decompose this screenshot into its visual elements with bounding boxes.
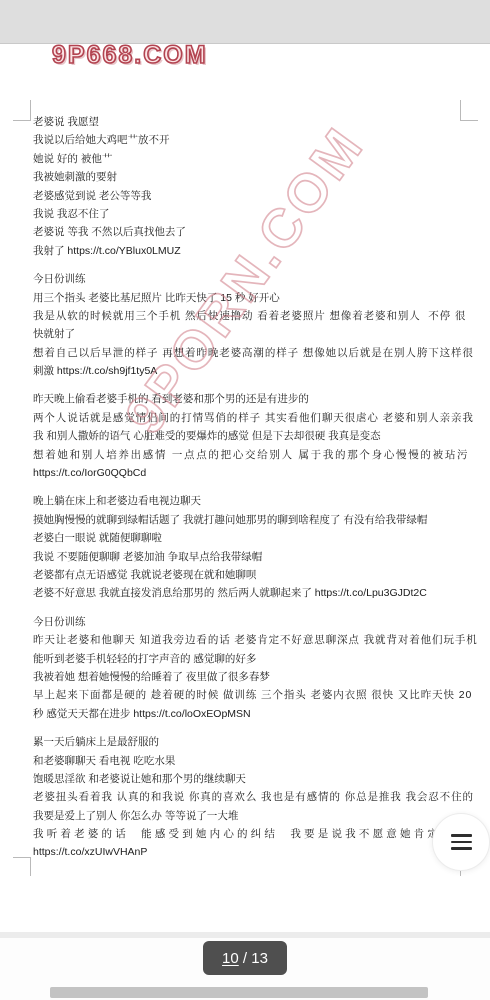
paragraph: 累一天后躺床上是最舒服的和老婆聊聊天 看电视 吃吃水果饱暖思淫欲 和老婆说让她和…	[33, 733, 478, 862]
paragraph: 今日份训练用三个指头 老婆比基尼照片 比昨天快了 15 秒 好开心我是从软的时候…	[33, 270, 478, 380]
text-line: 早上起来下面都是硬的 趁着硬的时候 做训练 三个指头 老婆内衣照 很快 又比昨天…	[33, 686, 478, 704]
text-line: 老婆说 等我 不然以后真找他去了	[33, 223, 478, 241]
text-line: 秒 感觉天天都在进步 https://t.co/loOxEOpMSN	[33, 705, 478, 723]
text-line: 能听到老婆手机轻轻的打字声音的 感觉聊的好多	[33, 650, 478, 668]
text-line: 我被她刺激的要射	[33, 168, 478, 186]
text-line: https://t.co/IorG0QQbCd	[33, 464, 478, 482]
text-line: 两个人说话就是感觉情侣间的打情骂俏的样子 其实看他们聊天很虐心 老婆和别人亲亲我	[33, 409, 478, 427]
current-page[interactable]: 10	[222, 950, 239, 967]
text-line: 老婆都有点无语感觉 我就说老婆现在就和她聊呗	[33, 566, 478, 584]
text-line: 老婆说 我愿望	[33, 113, 478, 131]
text-line: 老婆不好意思 我就直接发消息给那男的 然后两人就聊起来了 https://t.c…	[33, 584, 478, 602]
hamburger-icon	[451, 832, 472, 852]
text-line: 我射了 https://t.co/YBlux0LMUZ	[33, 242, 478, 260]
text-line: 今日份训练	[33, 613, 478, 631]
text-line: https://t.co/xzUIwVHAnP	[33, 843, 478, 861]
text-line: 想着她和别人培养出感情 一点点的把心交给别人 属于我的那个身心慢慢的被玷污	[33, 446, 478, 464]
text-line: 老婆感觉到说 老公等等我	[33, 187, 478, 205]
total-pages: 13	[251, 950, 268, 967]
text-line: 饱暖思淫欲 和老婆说让她和那个男的继续聊天	[33, 770, 478, 788]
hamburger-bar	[451, 847, 472, 850]
hamburger-bar	[451, 834, 472, 837]
text-line: 用三个指头 老婆比基尼照片 比昨天快了 15 秒 好开心	[33, 289, 478, 307]
text-line: 今日份训练	[33, 270, 478, 288]
hamburger-bar	[451, 841, 472, 844]
text-line: 和老婆聊聊天 看电视 吃吃水果	[33, 752, 478, 770]
page-corner-mark-top-left	[13, 100, 31, 121]
horizontal-scrollbar[interactable]	[50, 987, 428, 998]
text-line: 想着自己以后早泄的样子 再想着昨晚老婆高潮的样子 想像她以后就是在别人胯下这样很	[33, 344, 478, 362]
paragraph: 老婆说 我愿望我说以后给她大鸡吧艹放不开她说 好的 被他艹我被她刺激的要射老婆感…	[33, 113, 478, 260]
paragraph: 昨天晚上偷看老婆手机的 看到老婆和那个男的还是有进步的两个人说话就是感觉情侣间的…	[33, 390, 478, 482]
text-line: 快就射了	[33, 325, 478, 343]
document-content: 老婆说 我愿望我说以后给她大鸡吧艹放不开她说 好的 被他艹我被她刺激的要射老婆感…	[33, 113, 478, 872]
viewer-top-bar	[0, 0, 490, 44]
page-separator: /	[239, 950, 252, 967]
text-line: 我说 不要随便聊聊 老婆加油 争取早点给我带绿帽	[33, 548, 478, 566]
text-line: 晚上躺在床上和老婆边看电视边聊天	[33, 492, 478, 510]
text-line: 老婆白一眼说 就随便聊聊啦	[33, 529, 478, 547]
paragraph: 晚上躺在床上和老婆边看电视边聊天摸她胸慢慢的就聊到绿帽话题了 我就打趣问她那男的…	[33, 492, 478, 602]
text-line: 刺激 https://t.co/sh9jf1ty5A	[33, 362, 478, 380]
text-line: 昨天让老婆和他聊天 知道我旁边看的话 老婆肯定不好意思聊深点 我就背对着他们玩手…	[33, 631, 478, 649]
paragraph: 今日份训练昨天让老婆和他聊天 知道我旁边看的话 老婆肯定不好意思聊深点 我就背对…	[33, 613, 478, 723]
text-line: 我说 我忍不住了	[33, 205, 478, 223]
text-line: 我 和别人撒娇的语气 心脏难受的要爆炸的感觉 但是下去却很硬 我真是变态	[33, 427, 478, 445]
text-line: 摸她胸慢慢的就聊到绿帽话题了 我就打趣问她那男的聊到啥程度了 有没有给我带绿帽	[33, 511, 478, 529]
text-line: 我是从软的时候就用三个手机 然后快速撸动 看着老婆照片 想像着老婆和别人 不停 …	[33, 307, 478, 325]
text-line: 她说 好的 被他艹	[33, 150, 478, 168]
pagination[interactable]: 10 / 13	[203, 941, 287, 975]
text-line: 累一天后躺床上是最舒服的	[33, 733, 478, 751]
text-line: 昨天晚上偷看老婆手机的 看到老婆和那个男的还是有进步的	[33, 390, 478, 408]
text-line: 我听着老婆的话 能感受到她内心的纠结 我要是说我不愿意她肯定回头	[33, 825, 478, 843]
menu-button[interactable]	[432, 813, 490, 871]
page-gap	[0, 932, 490, 938]
text-line: 我被着她 想着她慢慢的给睡着了 夜里做了很多春梦	[33, 668, 478, 686]
text-line: 我要是爱上了别人 你怎么办 等等说了一大堆	[33, 807, 478, 825]
page-corner-mark-bottom-left	[13, 857, 31, 876]
text-line: 我说以后给她大鸡吧艹放不开	[33, 131, 478, 149]
text-line: 老婆扭头看着我 认真的和我说 你真的喜欢么 我也是有感情的 你总是推我 我会忍不…	[33, 788, 478, 806]
